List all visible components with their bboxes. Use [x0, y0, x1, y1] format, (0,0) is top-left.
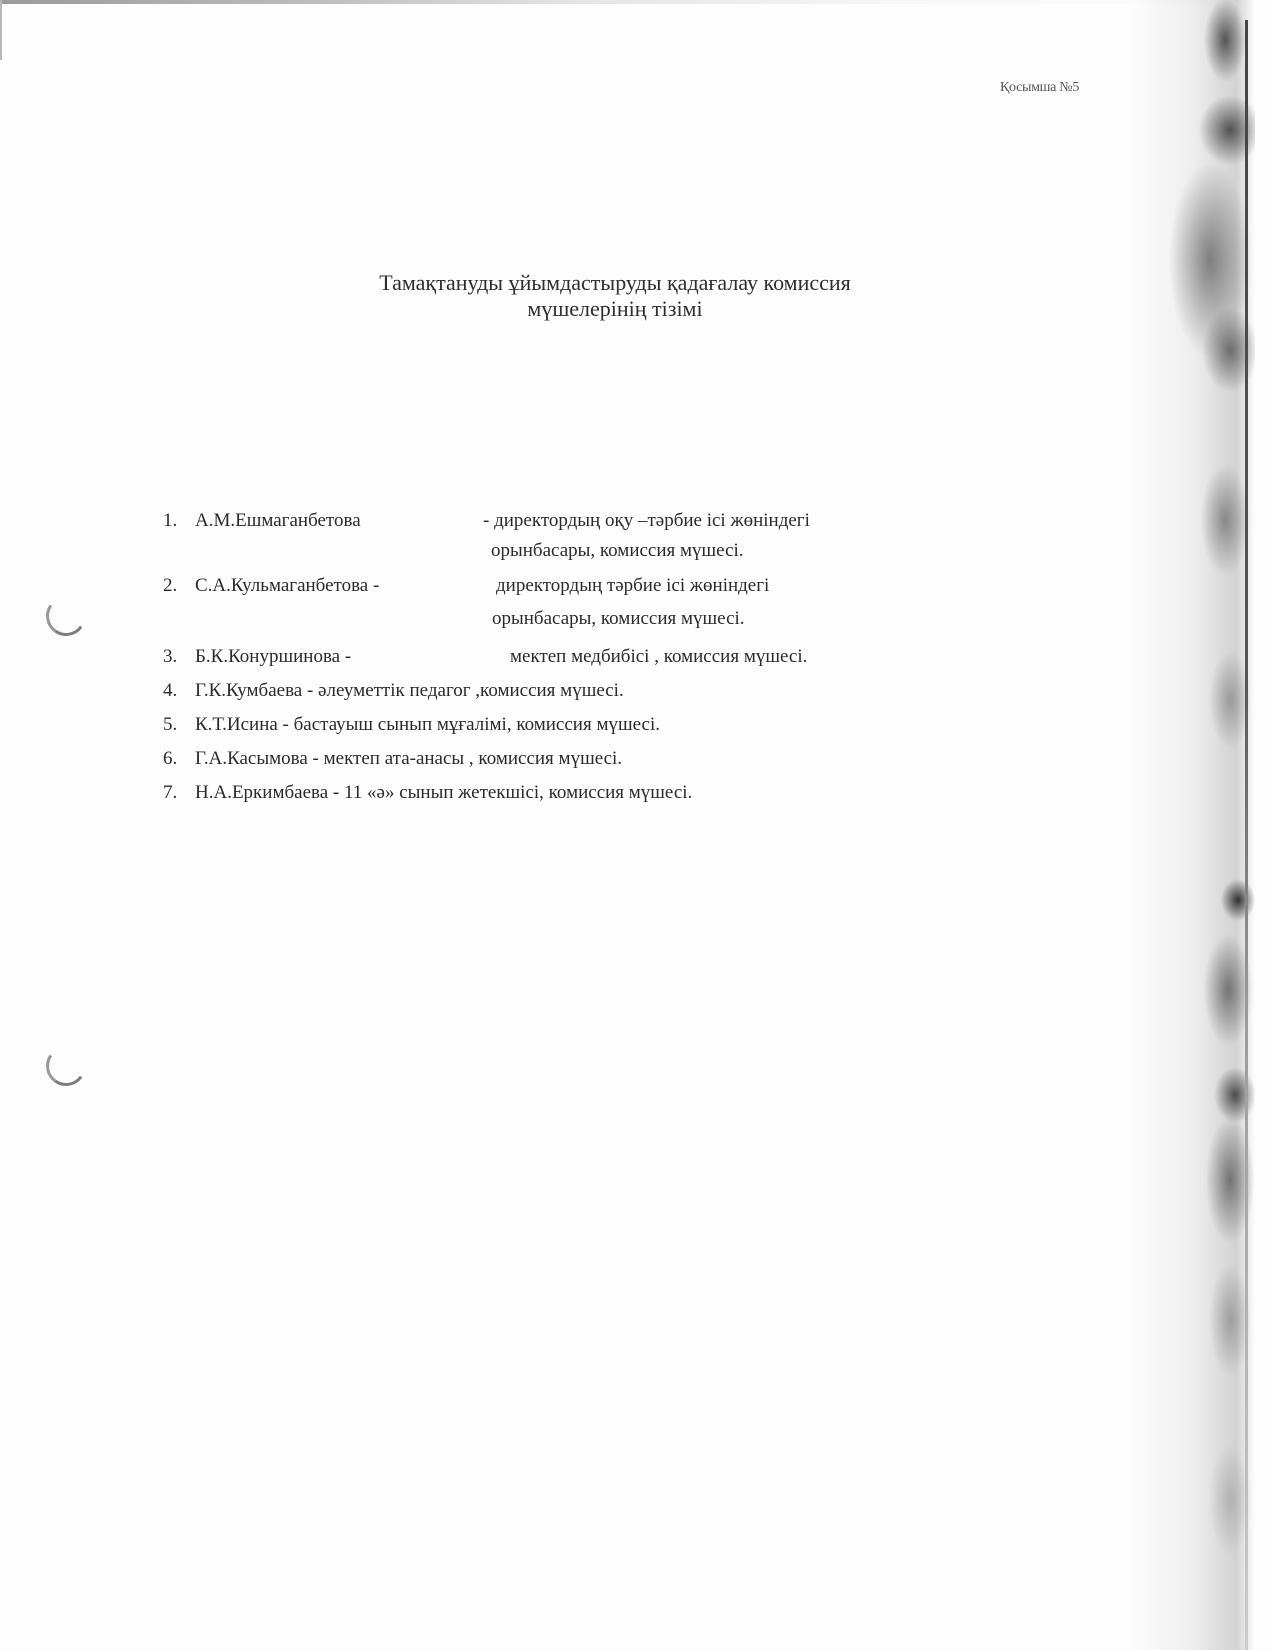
item-number: 5.	[163, 714, 177, 736]
member-name: С.А.Кульмаганбетова -	[195, 575, 379, 597]
member-role-continued: орынбасары, комиссия мүшесі.	[491, 540, 744, 562]
item-number: 2.	[163, 575, 177, 597]
item-number: 4.	[163, 680, 177, 702]
punch-hole-mark	[43, 593, 89, 639]
member-role: мектеп медбибісі , комиссия мүшесі.	[510, 646, 807, 668]
title-line-1: Тамақтануды ұйымдастыруды қадағалау коми…	[250, 270, 980, 296]
item-number: 6.	[163, 748, 177, 770]
member-role-continued: орынбасары, комиссия мүшесі.	[492, 608, 745, 630]
annex-label: Қосымша №5	[1000, 80, 1079, 96]
member-entry: Г.К.Кумбаева - әлеуметтік педагог ,комис…	[195, 680, 624, 702]
member-entry: Г.А.Касымова - мектеп ата-анасы , комисс…	[195, 748, 622, 770]
item-number: 7.	[163, 782, 177, 804]
document-title: Тамақтануды ұйымдастыруды қадағалау коми…	[250, 270, 980, 322]
member-entry: Н.А.Еркимбаева - 11 «ә» сынып жетекшісі,…	[195, 782, 692, 804]
member-role: директордың тәрбие ісі жөніндегі	[496, 575, 769, 597]
member-name: Б.К.Конуршинова -	[195, 646, 351, 668]
scan-left-edge	[0, 0, 2, 60]
scan-right-smudge	[1130, 0, 1255, 1650]
member-name: А.М.Ешмаганбетова	[195, 510, 361, 532]
member-role: - директордың оқу –тәрбие ісі жөніндегі	[483, 510, 810, 532]
item-number: 1.	[163, 510, 177, 532]
title-line-2: мүшелерінің тізімі	[250, 296, 980, 322]
scan-top-edge	[0, 0, 1273, 4]
member-entry: К.Т.Исина - бастауыш сынып мұғалімі, ком…	[195, 714, 660, 736]
punch-hole-mark	[43, 1043, 89, 1089]
item-number: 3.	[163, 646, 177, 668]
scan-right-border	[1245, 20, 1248, 1650]
